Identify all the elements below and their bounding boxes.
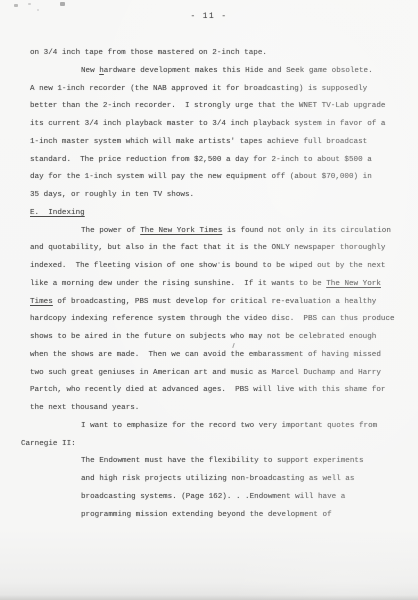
text-line: Carnegie II: xyxy=(21,436,405,454)
text-segment: programming mission extending beyond the… xyxy=(81,511,332,519)
text-segment: ardware development makes this Hide and … xyxy=(104,67,373,75)
text-line: A new 1-inch recorder (the NAB approved … xyxy=(30,81,405,99)
text-segment: The Endowment must have the flexibility … xyxy=(81,457,364,465)
text-line: I want to emphasize for the record two v… xyxy=(30,418,405,436)
scan-speck-icon xyxy=(14,4,18,7)
underlined-text: The New York xyxy=(326,280,381,288)
text-segment: better than the 2-inch recorder. I stron… xyxy=(30,102,385,110)
text-line: The Endowment must have the flexibility … xyxy=(30,453,405,471)
text-segment: the next thousand years. xyxy=(30,404,139,412)
page-number: - 11 - xyxy=(0,13,418,21)
document-body: on 3/4 inch tape from those mastered on … xyxy=(30,45,405,524)
text-segment: two such great geniuses in American art … xyxy=(30,369,381,377)
text-line: like a morning dew under the rising suns… xyxy=(30,276,405,294)
text-segment: is found not only in its circulation xyxy=(222,227,391,235)
text-segment: I want to emphasize for the record two v… xyxy=(81,422,377,430)
underlined-text: E. Indexing xyxy=(30,209,85,217)
text-segment: Partch, who recently died at advanced ag… xyxy=(30,386,385,394)
text-line: better than the 2-inch recorder. I stron… xyxy=(30,98,405,116)
text-line: broadcasting systems. (Page 162). . .End… xyxy=(30,489,405,507)
scan-speck-icon xyxy=(60,2,65,6)
text-segment: A new 1-inch recorder (the NAB approved … xyxy=(30,85,367,93)
section-heading: E. Indexing xyxy=(30,205,405,223)
text-line: and high risk projects utilizing non-bro… xyxy=(30,471,405,489)
text-line: The power of The New York Times is found… xyxy=(30,223,405,241)
underlined-text: The New York Times xyxy=(140,227,222,235)
text-segment: broadcasting systems. (Page 162). . .End… xyxy=(81,493,345,501)
text-line: on 3/4 inch tape from those mastered on … xyxy=(30,45,405,63)
text-segment: indexed. The fleeting vision of one show… xyxy=(30,262,385,270)
text-line: and quotability, but also in the fact th… xyxy=(30,240,405,258)
text-segment: day for the 1-inch system will pay the n… xyxy=(30,173,372,181)
text-line: when the shows are made. Then we can avo… xyxy=(30,347,405,365)
text-segment: its current 3/4 inch playback master to … xyxy=(30,120,385,128)
text-line: Times of broadcasting, PBS must develop … xyxy=(30,294,405,312)
text-segment: The power of xyxy=(81,227,140,235)
text-segment: Carnegie II: xyxy=(21,440,76,448)
text-line: its current 3/4 inch playback master to … xyxy=(30,116,405,134)
text-line: 35 days, or roughly in ten TV shows. xyxy=(30,187,405,205)
text-line: New hardware development makes this Hide… xyxy=(30,63,405,81)
text-line: standard. The price reduction from $2,50… xyxy=(30,152,405,170)
scan-edge-smudge xyxy=(0,595,418,600)
text-line: the next thousand years. xyxy=(30,400,405,418)
text-line: two such great geniuses in American art … xyxy=(30,365,405,383)
text-line: programming mission extending beyond the… xyxy=(30,507,405,525)
text-segment: New xyxy=(81,67,99,75)
text-line: shows to be aired in the future on subje… xyxy=(30,329,405,347)
text-line: day for the 1-inch system will pay the n… xyxy=(30,169,405,187)
text-line: hardcopy indexing reference system throu… xyxy=(30,311,405,329)
text-segment: on 3/4 inch tape from those mastered on … xyxy=(30,49,267,57)
text-segment: 1-inch master system which will make art… xyxy=(30,138,367,146)
text-segment: when the shows are made. Then we can avo… xyxy=(30,351,381,359)
text-segment: shows to be aired in the future on subje… xyxy=(30,333,376,341)
scan-speck-icon xyxy=(28,3,31,5)
text-segment: standard. The price reduction from $2,50… xyxy=(30,156,372,164)
text-segment: of broadcasting, PBS must develop for cr… xyxy=(53,298,377,306)
text-segment: and quotability, but also in the fact th… xyxy=(30,244,385,252)
underlined-text: Times xyxy=(30,298,53,306)
text-line: indexed. The fleeting vision of one show… xyxy=(30,258,405,276)
text-segment: like a morning dew under the rising suns… xyxy=(30,280,326,288)
text-segment: and high risk projects utilizing non-bro… xyxy=(81,475,354,483)
text-line: Partch, who recently died at advanced ag… xyxy=(30,382,405,400)
scan-speck-icon xyxy=(37,9,39,11)
document-page: - 11 - on 3/4 inch tape from those maste… xyxy=(0,0,418,600)
text-line: 1-inch master system which will make art… xyxy=(30,134,405,152)
text-segment: 35 days, or roughly in ten TV shows. xyxy=(30,191,194,199)
text-segment: hardcopy indexing reference system throu… xyxy=(30,315,395,323)
